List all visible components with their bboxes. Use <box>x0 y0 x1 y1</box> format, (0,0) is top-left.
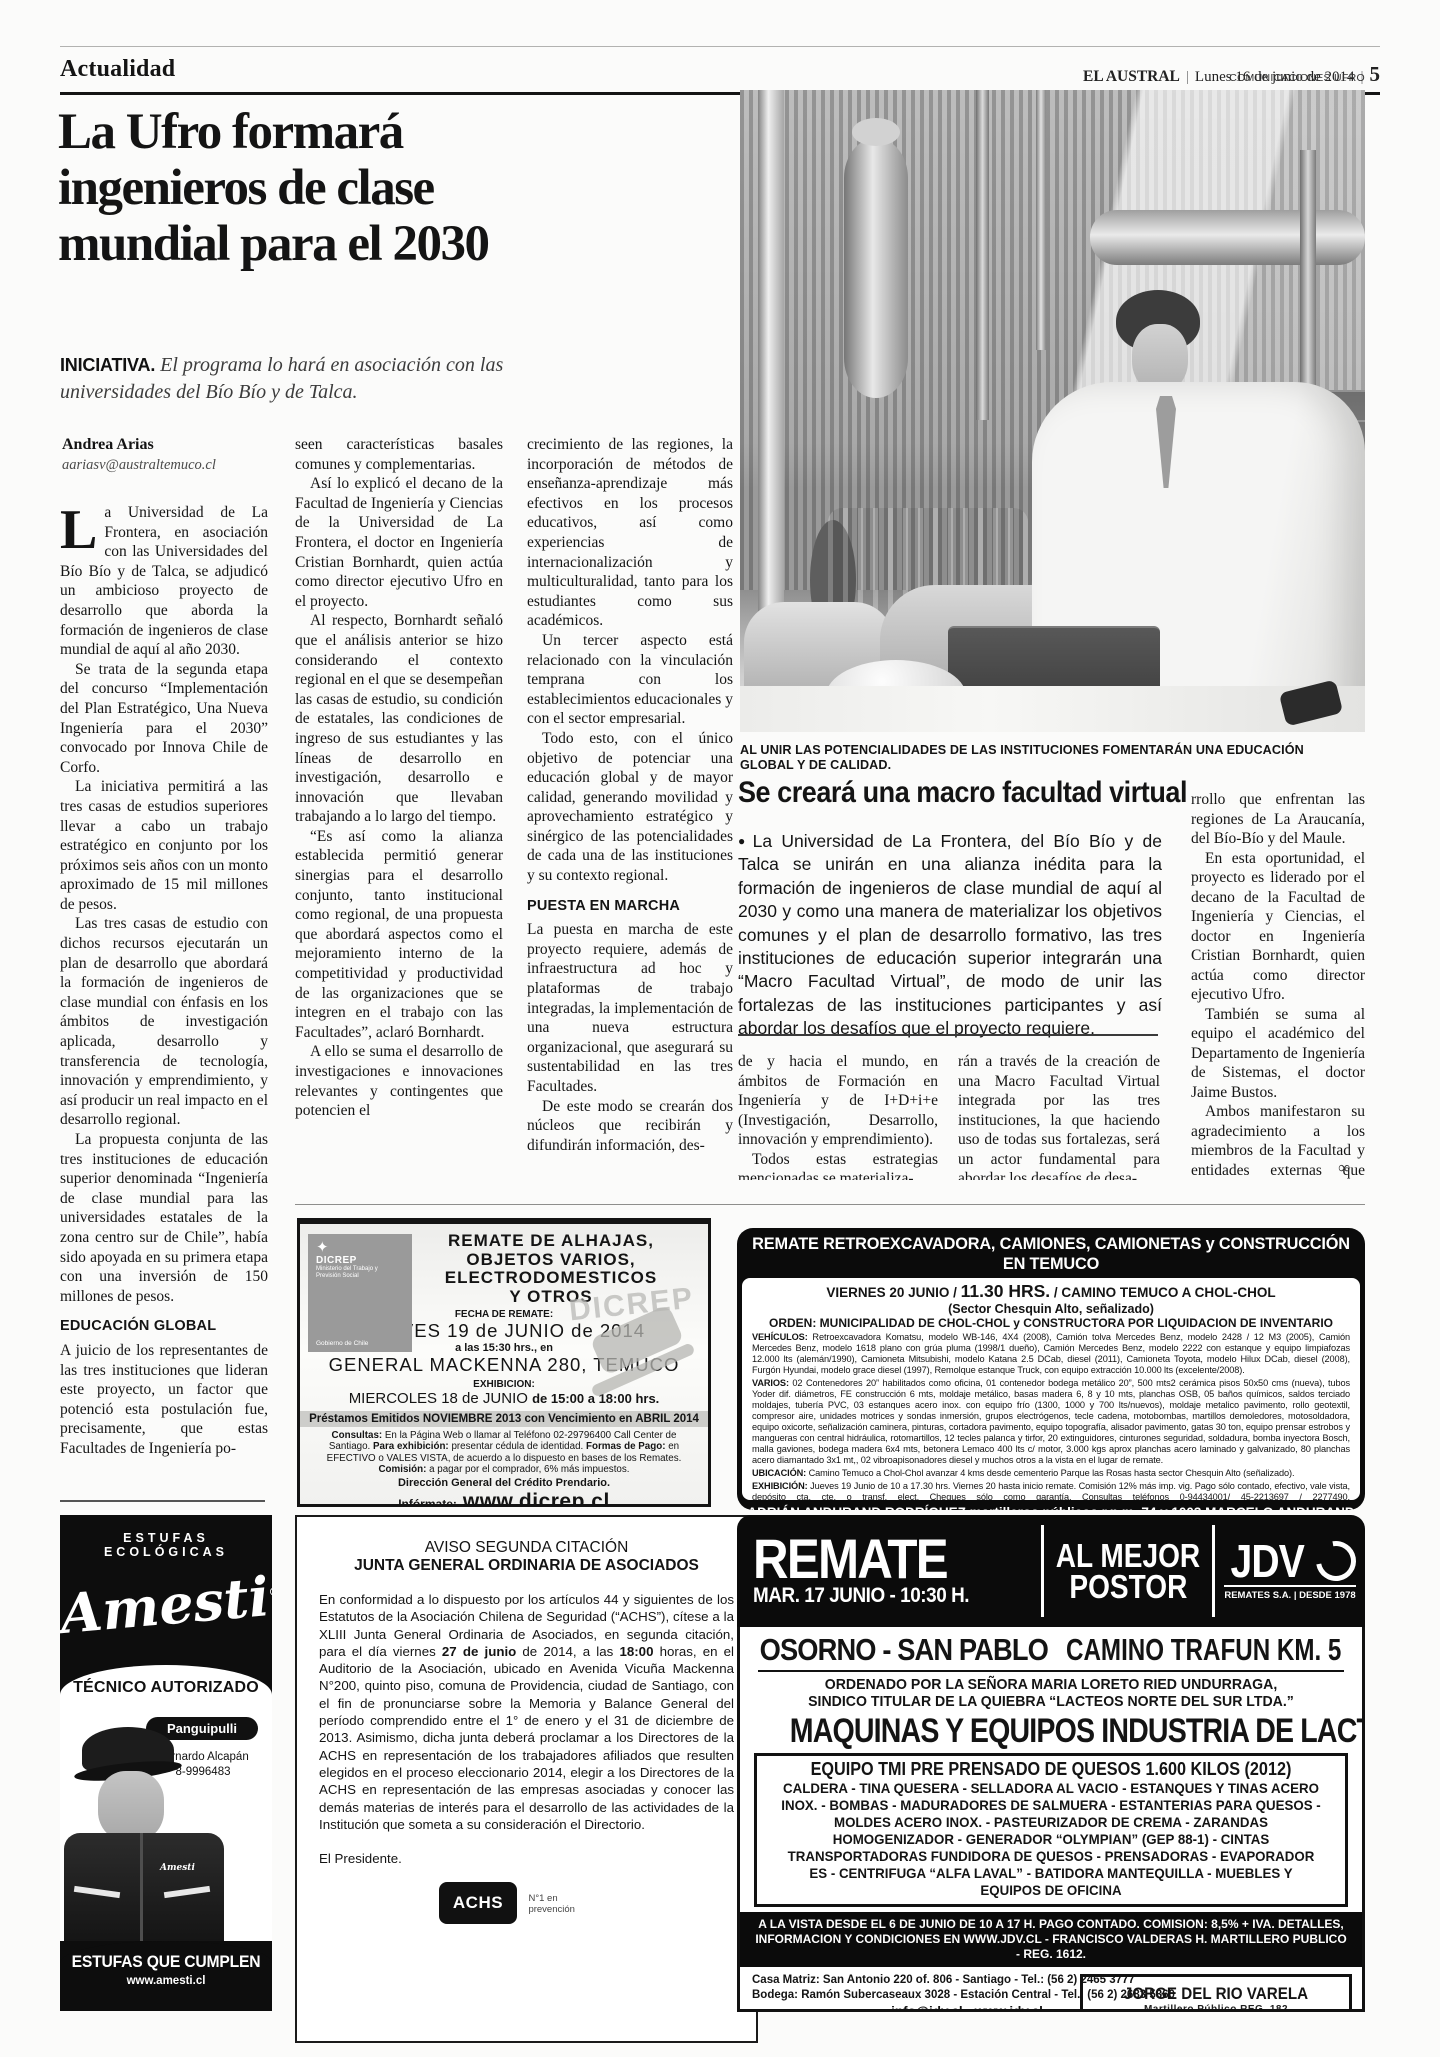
achs-logo: ACHS <box>439 1882 517 1924</box>
header-top-rule <box>60 46 1380 47</box>
jdv-footer: Casa Matriz: San Antonio 220 of. 806 - S… <box>740 1967 1362 2012</box>
jdv-fecha: MAR. 17 JUNIO - 10:30 H. <box>753 1584 1012 1608</box>
when-place: / CAMINO TEMUCO A CHOL-CHOL <box>1054 1285 1276 1300</box>
dicrep-ministry: Ministerio del Trabajo y Previsión Socia… <box>316 1266 404 1280</box>
technician-face <box>98 1771 164 1841</box>
paragraph: La puesta en marcha de este proyecto req… <box>527 920 733 1096</box>
paragraph: rán a través de la creación de una Macro… <box>958 1052 1160 1180</box>
article-photo: OM UNIVERSIDAD DE LA FRONTERA <box>740 90 1365 732</box>
jdv-header-right: JDV REMATES S.A. | DESDE 1978 <box>1215 1515 1365 1627</box>
jacket-chest-logo: Amesti <box>160 1863 195 1873</box>
equipment-box: EQUIPO TMI PRE PRENSADO DE QUESOS 1.600 … <box>754 1753 1348 1907</box>
consultas-text: Consultas: En la Página Web o llamar al … <box>300 1427 708 1476</box>
article1-headline: La Ufro formará ingenieros de clase mund… <box>58 104 558 272</box>
jacket-stripe-left <box>74 1886 120 1898</box>
vertical-tank <box>844 138 908 398</box>
ordenado-line-1: ORDENADO POR LA SEÑORA MARIA LORETO RIED… <box>759 1676 1344 1693</box>
when-date: VIERNES 20 JUNIO / <box>826 1285 957 1300</box>
paragraph: Un tercer aspecto está relacionado con l… <box>527 631 733 729</box>
amesti-ad: ESTUFAS ECOLÓGICAS Amesti® TÉCNICO AUTOR… <box>60 1515 272 2011</box>
photo-credit: COMUNICACIONES UFRO <box>1065 72 1365 84</box>
consultas-4: a pagar por el comprador, 6% más impuest… <box>429 1464 629 1475</box>
paragraph: Se trata de la segunda etapa del concurs… <box>60 660 268 778</box>
exhibicion-label: EXHIBICIÓN: <box>752 1481 808 1491</box>
jdv-header-left: REMATE MAR. 17 JUNIO - 10:30 H. <box>737 1515 1041 1627</box>
vertical-pipe <box>976 90 989 420</box>
dicrep-url-line: Infórmate:www.dicrep.cl <box>300 1490 708 1507</box>
paragraph: seen características basales comunes y c… <box>295 435 503 474</box>
paragraph: crecimiento de las regiones, la incorpor… <box>527 435 733 631</box>
jdv-body: OSORNO - SAN PABLO CAMINO TRAFUN KM. 5 O… <box>737 1627 1365 2012</box>
estufas-que-cumplen: ESTUFAS QUE CUMPLEN <box>65 1953 266 1972</box>
achs-date-bold: 27 de junio <box>442 1644 516 1659</box>
byline-name: Andrea Arias <box>62 436 216 454</box>
varios-text: 02 Contenedores 20” habilitados como ofi… <box>752 1378 1350 1465</box>
jorge-del-rio-varela: JORGE DEL RIO VARELA <box>1094 1985 1339 2004</box>
dicrep-url: www.dicrep.cl <box>463 1490 610 1507</box>
vehiculos-text: Retroexcavadora Komatsu, modelo WB-146, … <box>752 1332 1350 1375</box>
article2-column-b: rán a través de la creación de una Macro… <box>958 1052 1160 1180</box>
jacket-stripe-right <box>164 1886 210 1898</box>
achs-notice: AVISO SEGUNDA CITACIÓN JUNTA GENERAL ORD… <box>295 1515 758 2043</box>
subhead-puesta-en-marcha: PUESTA EN MARCHA <box>527 897 733 917</box>
andurand-orden: ORDEN: MUNICIPALIDAD DE CHOL-CHOL y CONS… <box>752 1316 1350 1330</box>
article1-column-2: seen características basales comunes y c… <box>295 435 503 1215</box>
exhibicion-dia: MIERCOLES 18 de JUNIO <box>349 1390 528 1407</box>
section-title: Actualidad <box>60 56 175 83</box>
paragraph: Todo esto, con el único objetivo de pote… <box>527 729 733 886</box>
informate-label: Infórmate: <box>398 1497 457 1507</box>
when-hour: 11.30 HRS. <box>961 1281 1051 1301</box>
amesti-logo: Amesti® <box>60 1564 272 1646</box>
dicrep-logo-name: DICREP <box>316 1255 404 1266</box>
jdv-rule <box>758 1670 1344 1672</box>
exhibicion-fecha: MIERCOLES 18 de JUNIO de 15:00 a 18:00 h… <box>300 1390 708 1407</box>
equipment-list: CALDERA - TINA QUESERA - SELLADORA AL VA… <box>779 1780 1322 1899</box>
estufas-ecologicas: ESTUFAS ECOLÓGICAS <box>60 1531 272 1559</box>
andurand-body: VIERNES 20 JUNIO / 11.30 HRS. / CAMINO T… <box>742 1278 1360 1500</box>
article2-lead: ●La Universidad de La Frontera, del Bío … <box>738 830 1162 1041</box>
article2-column-a: de y hacia el mundo, en ámbitos de Forma… <box>738 1052 938 1180</box>
martillero-publico-reg: Martillero Público REG. 182 <box>1083 2004 1349 2012</box>
andurand-when: VIERNES 20 JUNIO / 11.30 HRS. / CAMINO T… <box>752 1281 1350 1302</box>
achs-sub-1: N°1 en <box>528 1893 557 1904</box>
ordenado-line-2: SINDICO TITULAR DE LA QUIEBRA “LACTEOS N… <box>759 1693 1344 1710</box>
lead-bullet: ● <box>738 834 750 848</box>
vehiculos-label: VEHÍCULOS: <box>752 1332 808 1342</box>
paragraph: A juicio de los representantes de las tr… <box>60 1341 268 1459</box>
vista-strip: A LA VISTA DESDE EL 6 DE JUNIO DE 10 A 1… <box>740 1912 1362 1967</box>
remates-sa: REMATES S.A. <box>1224 1590 1291 1601</box>
photo-caption: AL UNIR LAS POTENCIALIDADES DE LAS INSTI… <box>740 742 1361 772</box>
horizontal-duct <box>1090 210 1365 265</box>
jdv-header-mid: AL MEJOR POSTOR <box>1044 1515 1212 1627</box>
tecnico-autorizado: TÉCNICO AUTORIZADO <box>60 1665 272 1697</box>
paragraph: Así lo explicó el decano de la Facultad … <box>295 474 503 611</box>
jorge-del-rio-box: JORGE DEL RIO VARELA Martillero Público … <box>1080 1974 1352 2012</box>
achs-time-bold: 18:00 <box>619 1644 653 1659</box>
article-end-mark: ∞ <box>1338 1158 1350 1178</box>
gobierno-crest-icon: ✦ <box>316 1240 404 1255</box>
ubicacion-label: UBICACIÓN: <box>752 1468 806 1478</box>
jdv-ad: REMATE MAR. 17 JUNIO - 10:30 H. AL MEJOR… <box>737 1515 1365 2012</box>
paragraph: La iniciativa permitirá a las tres casas… <box>60 777 268 914</box>
achs-body-3: horas, en el Auditorio de la Asociación,… <box>319 1644 734 1832</box>
andurand-header: REMATE RETROEXCAVADORA, CAMIONES, CAMION… <box>750 1228 1353 1278</box>
achs-logo-row: ACHS N°1 en prevención <box>439 1882 734 1924</box>
al-mejor: AL MEJOR <box>1056 1540 1200 1571</box>
paragraph: Al respecto, Bornhardt señaló que el aná… <box>295 611 503 827</box>
consultas-2: presentar cédula de identidad. <box>451 1441 583 1452</box>
achs-signature: El Presidente. <box>319 1851 734 1866</box>
direccion-general: Dirección General del Crédito Prendario. <box>300 1477 708 1489</box>
paragraph: De este modo se crearán dos núcleos que … <box>527 1097 733 1156</box>
dicrep-title-2: OBJETOS VARIOS, <box>400 1251 702 1270</box>
jdv-logo-row: JDV <box>1224 1541 1356 1581</box>
varios-label: VARIOS: <box>752 1378 789 1388</box>
achs-body-2: de 2014, a las <box>516 1644 619 1659</box>
varios-paragraph: VARIOS: 02 Contenedores 20” habilitados … <box>752 1378 1350 1466</box>
jdv-header: REMATE MAR. 17 JUNIO - 10:30 H. AL MEJOR… <box>737 1515 1365 1627</box>
paragraph: “Es así como la alianza establecida perm… <box>295 827 503 1043</box>
registered-mark: ® <box>268 1585 272 1599</box>
achs-title-2: JUNTA GENERAL ORDINARIA DE ASOCIADOS <box>319 1557 734 1575</box>
exhibicion-label: EXHIBICION: <box>300 1379 708 1390</box>
technician-jacket: Amesti <box>64 1833 224 1941</box>
subhead-educacion-global: EDUCACIÓN GLOBAL <box>60 1317 268 1337</box>
paragraph: A ello se suma el desarrollo de investig… <box>295 1042 503 1120</box>
dicrep-ad: DICREP ✦ DICREP Ministerio del Trabajo y… <box>297 1218 711 1507</box>
camino-trafun: CAMINO TRAFUN KM. 5 <box>1066 1632 1341 1668</box>
consultas-label: Consultas: <box>332 1430 383 1441</box>
amesti-bottom-band: ESTUFAS QUE CUMPLEN www.amesti.cl <box>60 1941 272 2011</box>
osorno-san-pablo: OSORNO - SAN PABLO <box>760 1632 1048 1668</box>
paragraph: En esta oportunidad, el proyecto es lide… <box>1191 849 1365 1005</box>
newspaper-page: Actualidad EL AUSTRAL|Lunes 16 de junio … <box>0 0 1440 2057</box>
gobierno-de-chile: Gobierno de Chile <box>316 1340 368 1347</box>
andurand-sector: (Sector Chesquin Alto, señalizado) <box>752 1302 1350 1316</box>
kicker-label: INICIATIVA. <box>60 355 155 375</box>
andurand-footer: ADRIÁN ANDURAND RODRÍGUEZ martilleros pú… <box>737 1500 1365 1510</box>
article2-headline: Se creará una macro facultad virtual <box>738 776 1187 810</box>
jdv-logo-subtitle: REMATES S.A. | DESDE 1978 <box>1224 1585 1355 1601</box>
paragraph: La propuesta conjunta de las tres instit… <box>60 1130 268 1306</box>
achs-sub-2: prevención <box>528 1904 574 1915</box>
vehiculos-paragraph: VEHÍCULOS: Retroexcavadora Komatsu, mode… <box>752 1332 1350 1376</box>
maquinas-titulo: MAQUINAS Y EQUIPOS INDUSTRIA DE LACTEOS <box>790 1712 1312 1751</box>
tank-cap <box>852 118 900 146</box>
comision-label: Comisión: <box>378 1464 426 1475</box>
jdv-swirl-icon <box>1308 1533 1364 1589</box>
paragraph: de y hacia el mundo, en ámbitos de Forma… <box>738 1052 938 1150</box>
paragraph: rrollo que enfrentan las regiones de La … <box>1191 790 1365 849</box>
article2-divider <box>738 1034 1158 1036</box>
jdv-remate: REMATE <box>753 1534 1006 1584</box>
postor: POSTOR <box>1069 1571 1187 1602</box>
article1-column-3: crecimiento de las regiones, la incorpor… <box>527 435 733 1215</box>
blueprint-sheets <box>740 686 1365 732</box>
dicrep-title-1: REMATE DE ALHAJAS, <box>400 1232 702 1251</box>
amesti-brand-name: Amesti <box>60 1564 272 1646</box>
paragraph: Las tres casas de estudio con dichos rec… <box>60 914 268 1130</box>
page-number: 5 <box>1370 62 1381 86</box>
paragraph: La Universidad de La Frontera, en asocia… <box>60 503 268 660</box>
ubicacion-text: Camino Temuco a Chol-Chol avanzar 4 kms … <box>809 1468 1295 1478</box>
article1-kicker: INICIATIVA. El programa lo hará en asoci… <box>60 352 530 406</box>
amesti-url: www.amesti.cl <box>60 1975 272 1987</box>
article2-column-c: rrollo que enfrentan las regiones de La … <box>1191 790 1365 1180</box>
achs-title-1: AVISO SEGUNDA CITACIÓN <box>319 1539 734 1557</box>
jdv-location-line: OSORNO - SAN PABLO CAMINO TRAFUN KM. 5 <box>740 1632 1362 1668</box>
formas-pago-label: Formas de Pago: <box>586 1441 665 1452</box>
equipo-tmi-title: EQUIPO TMI PRE PRENSADO DE QUESOS 1.600 … <box>794 1759 1309 1780</box>
jdv-logo-text: JDV <box>1230 1541 1304 1581</box>
achs-body: En conformidad a lo dispuesto por los ar… <box>319 1591 734 1833</box>
exhibicion-info-label: Para exhibición: <box>373 1441 449 1452</box>
dicrep-logo: ✦ DICREP Ministerio del Trabajo y Previs… <box>308 1234 412 1352</box>
paragraph: Todos estas estrategias mencionadas se m… <box>738 1150 938 1181</box>
andurand-ad: REMATE RETROEXCAVADORA, CAMIONES, CAMION… <box>737 1228 1365 1510</box>
jacket-zipper <box>140 1833 143 1941</box>
byline: Andrea Arias aariasv@australtemuco.cl <box>62 436 216 474</box>
article1-column-1: La Universidad de La Frontera, en asocia… <box>60 503 268 1493</box>
lead-text: La Universidad de La Frontera, del Bío B… <box>738 831 1162 1038</box>
drop-cap: L <box>60 503 104 552</box>
amesti-white-panel: TÉCNICO AUTORIZADO Panguipulli Bernardo … <box>60 1665 272 1941</box>
paragraph: También se suma al equipo el académico d… <box>1191 1005 1365 1103</box>
prestamos-band: Préstamos Emitidos NOVIEMBRE 2013 con Ve… <box>300 1411 708 1427</box>
ubicacion-paragraph: UBICACIÓN: Camino Temuco a Chol-Chol ava… <box>752 1468 1350 1479</box>
desde-1978: DESDE 1978 <box>1299 1590 1356 1601</box>
ads-separator-rule <box>295 1204 1365 1205</box>
achs-logo-subtitle: N°1 en prevención <box>528 1893 574 1915</box>
byline-email: aariasv@australtemuco.cl <box>62 457 216 474</box>
exhibicion-paragraph: EXHIBICIÓN: Jueves 19 Junio de 10 a 17.3… <box>752 1481 1350 1500</box>
vertical-pipe-2 <box>1036 90 1046 350</box>
exhibicion-text: Jueves 19 Junio de 10 a 17.30 hrs. Viern… <box>752 1481 1350 1500</box>
column1-end-rule <box>60 1500 265 1502</box>
